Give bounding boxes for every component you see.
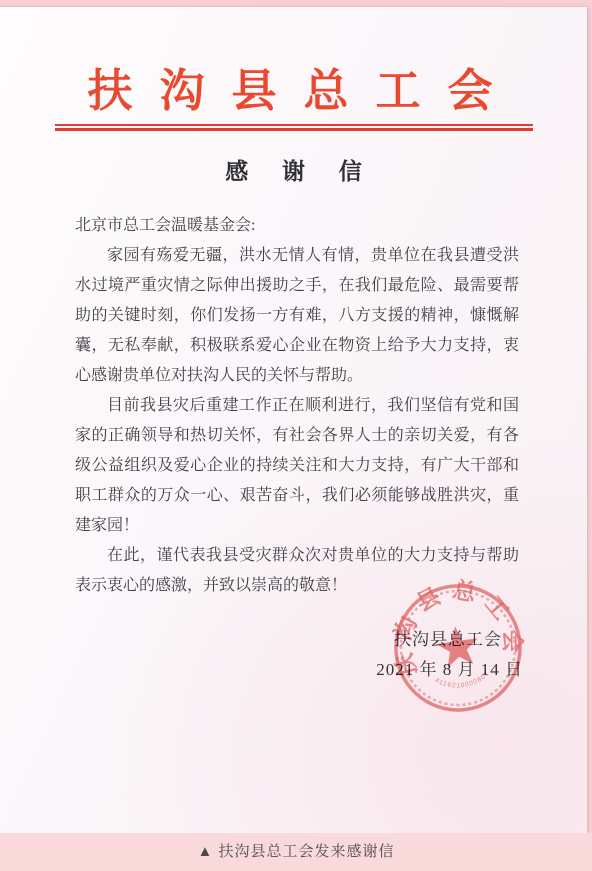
letter-title: 感 谢 信: [0, 153, 587, 186]
letter-body: 北京市总工会温暖基金会: 家园有殇爱无疆，洪水无情人有情，贵单位在我县遭受洪水过…: [75, 211, 519, 601]
seal-code-number: 4116210000807: [433, 669, 493, 693]
svg-text:4116210000807: 4116210000807: [433, 669, 493, 693]
paragraph-1: 家园有殇爱无疆，洪水无情人有情，贵单位在我县遭受洪水过境严重灾情之际伸出援助之手…: [75, 241, 519, 391]
letterhead-rule: [55, 124, 533, 131]
scanned-photo: 扶沟县总工会 感 谢 信 北京市总工会温暖基金会: 家园有殇爱无疆，洪水无情人有…: [0, 0, 592, 871]
salutation: 北京市总工会温暖基金会:: [75, 211, 519, 241]
seal-star: [434, 623, 481, 668]
official-seal-stamp: 扶沟县总工会 4116210000807: [378, 568, 538, 728]
paragraph-2: 目前我县灾后重建工作正在顺利进行，我们坚信有党和国家的正确领导和热切关怀，有社会…: [75, 391, 519, 541]
letterhead-rule-lower: [55, 128, 533, 131]
svg-text:扶沟县总工会: 扶沟县总工会: [380, 568, 530, 680]
image-caption: ▲ 扶沟县总工会发来感谢信: [0, 833, 592, 871]
letterhead-org-name: 扶沟县总工会: [0, 7, 587, 117]
seal-org-name: 扶沟县总工会: [380, 568, 530, 680]
letter-paper: 扶沟县总工会 感 谢 信 北京市总工会温暖基金会: 家园有殇爱无疆，洪水无情人有…: [0, 7, 587, 833]
